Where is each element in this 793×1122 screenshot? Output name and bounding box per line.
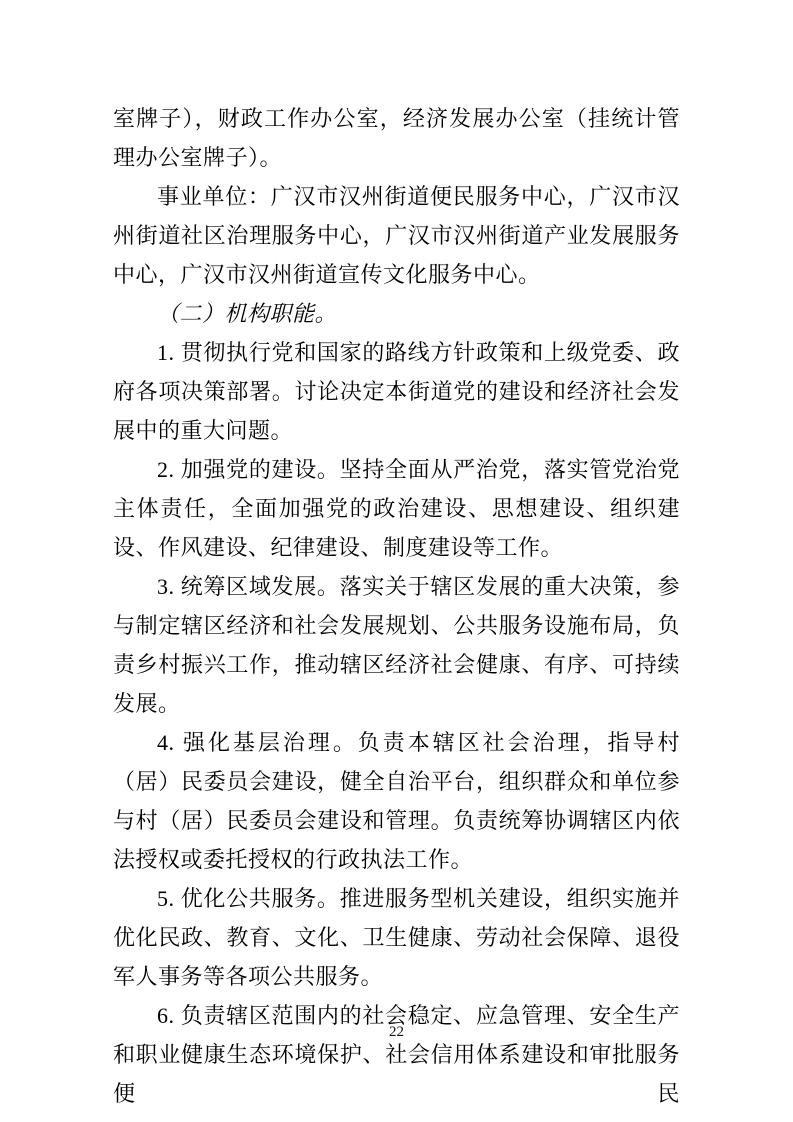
duty-item-4: 4. 强化基层治理。负责本辖区社会治理，指导村（居）民委员会建设，健全自治平台，… — [113, 723, 680, 879]
duty-item-6: 6. 负责辖区范围内的社会稳定、应急管理、安全生产和职业健康生态环境保护、社会信… — [113, 996, 680, 1113]
duty-item-5: 5. 优化公共服务。推进服务型机关建设，组织实施并优化民政、教育、文化、卫生健康… — [113, 879, 680, 996]
page-footer: 22 — [0, 1022, 793, 1042]
duty-item-3: 3. 统筹区域发展。落实关于辖区发展的重大决策，参与制定辖区经济和社会发展规划、… — [113, 567, 680, 723]
duty-item-1: 1. 贯彻执行党和国家的路线方针政策和上级党委、政府各项决策部署。讨论决定本街道… — [113, 333, 680, 450]
document-body: 室牌子），财政工作办公室，经济发展办公室（挂统计管理办公室牌子）。 事业单位：广… — [113, 99, 680, 1113]
para-office-plaques-continued: 室牌子），财政工作办公室，经济发展办公室（挂统计管理办公室牌子）。 — [113, 99, 680, 177]
para-public-institutions: 事业单位：广汉市汉州街道便民服务中心，广汉市汉州街道社区治理服务中心，广汉市汉州… — [113, 177, 680, 294]
document-page: 室牌子），财政工作办公室，经济发展办公室（挂统计管理办公室牌子）。 事业单位：广… — [0, 0, 793, 1122]
duty-item-2: 2. 加强党的建设。坚持全面从严治党，落实管党治党主体责任，全面加强党的政治建设… — [113, 450, 680, 567]
page-number: 22 — [389, 1024, 404, 1040]
subsection-heading: （二）机构职能。 — [113, 294, 680, 333]
